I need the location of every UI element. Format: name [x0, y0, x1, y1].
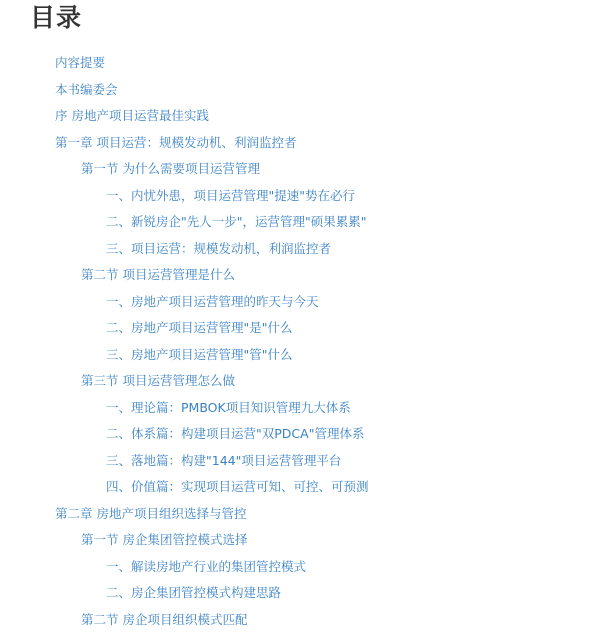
toc-item-ch2-sec1-1[interactable]: 一、解读房地产行业的集团管控模式 [0, 554, 603, 581]
toc-item-ch1-sec3[interactable]: 第三节 项目运营管理怎么做 [0, 368, 603, 395]
toc-item-ch1-sec1[interactable]: 第一节 为什么需要项目运营管理 [0, 156, 603, 183]
table-of-contents: 内容提要 本书编委会 序 房地产项目运营最佳实践 第一章 项目运营：规模发动机、… [0, 50, 603, 633]
toc-item-chapter-2[interactable]: 第二章 房地产项目组织选择与管控 [0, 501, 603, 528]
page-title: 目录 [30, 2, 82, 34]
toc-item-ch1-sec3-3[interactable]: 三、落地篇：构建"144"项目运营管理平台 [0, 448, 603, 475]
toc-item-ch1-sec2-1[interactable]: 一、房地产项目运营管理的昨天与今天 [0, 289, 603, 316]
toc-item-ch1-sec1-1[interactable]: 一、内忧外患，项目运营管理"提速"势在必行 [0, 183, 603, 210]
toc-item-ch1-sec3-1[interactable]: 一、理论篇：PMBOK项目知识管理九大体系 [0, 395, 603, 422]
toc-item-ch1-sec3-2[interactable]: 二、体系篇：构建项目运营"双PDCA"管理体系 [0, 421, 603, 448]
toc-item-abstract[interactable]: 内容提要 [0, 50, 603, 77]
toc-item-ch1-sec2[interactable]: 第二节 项目运营管理是什么 [0, 262, 603, 289]
toc-item-ch2-sec1[interactable]: 第一节 房企集团管控模式选择 [0, 527, 603, 554]
toc-item-ch1-sec2-3[interactable]: 三、房地产项目运营管理"管"什么 [0, 342, 603, 369]
toc-item-ch1-sec1-3[interactable]: 三、项目运营：规模发动机，利润监控者 [0, 236, 603, 263]
toc-item-ch2-sec1-2[interactable]: 二、房企集团管控模式构建思路 [0, 580, 603, 607]
toc-item-ch1-sec2-2[interactable]: 二、房地产项目运营管理"是"什么 [0, 315, 603, 342]
toc-item-ch1-sec3-4[interactable]: 四、价值篇：实现项目运营可知、可控、可预测 [0, 474, 603, 501]
toc-item-chapter-1[interactable]: 第一章 项目运营：规模发动机、利润监控者 [0, 130, 603, 157]
toc-item-ch2-sec2[interactable]: 第二节 房企项目组织模式匹配 [0, 607, 603, 634]
toc-item-editorial-board[interactable]: 本书编委会 [0, 77, 603, 104]
toc-item-preface[interactable]: 序 房地产项目运营最佳实践 [0, 103, 603, 130]
toc-item-ch1-sec1-2[interactable]: 二、新锐房企"先人一步"，运营管理"硕果累累" [0, 209, 603, 236]
